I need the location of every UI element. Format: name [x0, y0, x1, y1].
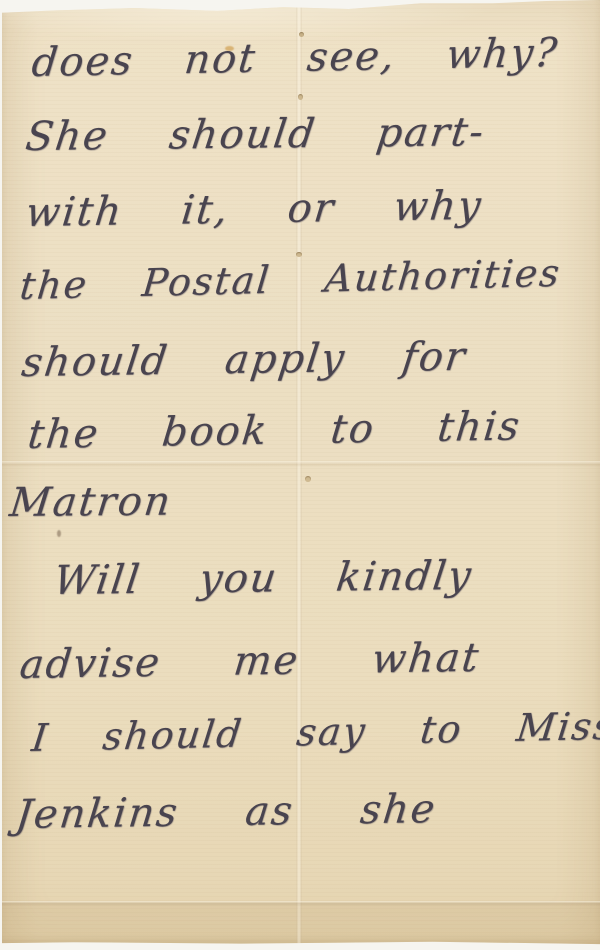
handwriting-line-9: advise me what — [18, 635, 483, 688]
handwriting-line-3: with it, or why — [24, 183, 485, 236]
paper-pinhole — [299, 32, 304, 37]
bottom-fold-shading — [2, 905, 600, 943]
bottom-fold-crease — [2, 901, 600, 906]
letter-paper: does not see, why? She should part- with… — [2, 0, 600, 946]
horizontal-fold-crease — [2, 461, 600, 467]
handwriting-line-7: Matron — [7, 479, 174, 526]
handwriting-line-6: the book to this — [26, 403, 524, 458]
paper-speck — [225, 46, 234, 51]
paper-pinhole — [305, 476, 311, 482]
vertical-fold-crease — [296, 0, 302, 946]
paper-speck — [57, 530, 61, 537]
handwriting-line-2: She should part- — [23, 109, 488, 160]
handwriting-line-5: should apply for — [19, 334, 469, 386]
letter-scan: does not see, why? She should part- with… — [0, 0, 600, 950]
handwriting-line-10: I should say to Miss — [29, 704, 600, 760]
handwriting-line-1: does not see, why? — [30, 30, 561, 86]
handwriting-line-11: Jenkins as she — [13, 786, 439, 838]
handwriting-line-8: Will you kindly — [51, 553, 475, 604]
paper-pinhole — [296, 252, 302, 257]
paper-pinhole — [298, 94, 303, 100]
handwriting-line-4: the Postal Authorities — [18, 251, 563, 308]
